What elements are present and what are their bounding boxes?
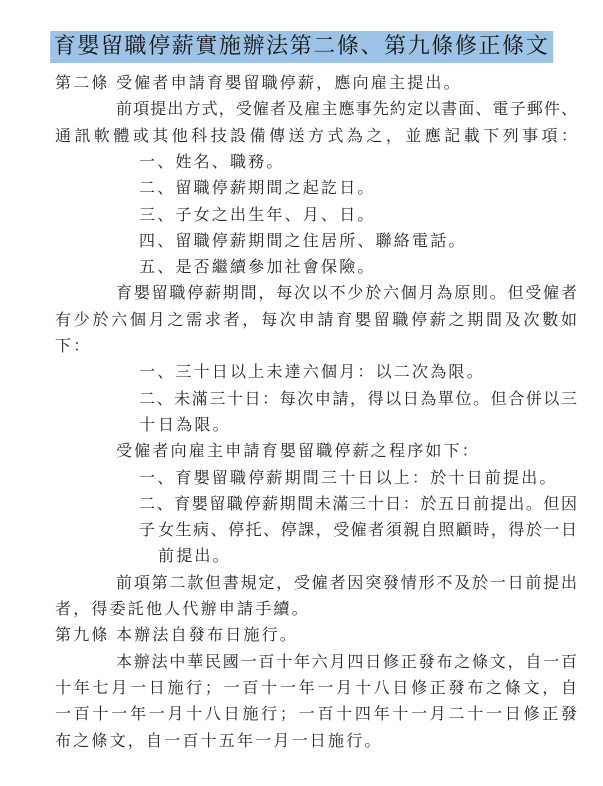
line-text: 二、留職停薪期間之起訖日。: [139, 178, 376, 197]
line-text: 四、留職停薪期間之住居所、聯絡電話。: [139, 231, 467, 250]
document-page: 育嬰留職停薪實施辦法第二條、第九條修正條文 第二條受僱者申請育嬰留職停薪，應向雇…: [0, 0, 603, 786]
line-text: 五、是否繼續參加社會保險。: [139, 257, 376, 276]
text-line: 二、育嬰留職停薪期間未滿三十日：於五日前提出。但因子: [139, 491, 578, 517]
text-line: 一、三十日以上未達六個月：以二次為限。: [139, 359, 578, 385]
line-text: 有少於六個月之需求者，每次申請育嬰留職停薪之期間及次數如: [55, 310, 578, 329]
line-text: 日為限。: [158, 415, 231, 434]
text-line: 二、未滿三十日：每次申請，得以日為單位。但合併以三十: [139, 386, 578, 412]
line-text: 一、三十日以上未達六個月：以二次為限。: [139, 362, 485, 381]
line-text: 本辦法自發布日施行。: [116, 625, 298, 644]
line-text: 女生病、停托、停課，受僱者須親自照顧時，得於一日: [158, 520, 578, 539]
line-text: 本辦法中華民國一百十年六月四日修正發布之條文，自一百: [116, 652, 578, 671]
text-line: 第九條本辦法自發布日施行。: [116, 622, 578, 648]
text-line: 者，得委託他人代辦申請手續。: [55, 596, 578, 622]
text-line: 日為限。: [158, 412, 578, 438]
line-text: 三、子女之出生年、月、日。: [139, 205, 376, 224]
text-line: 二、留職停薪期間之起訖日。: [139, 175, 578, 201]
line-text: 者，得委託他人代辦申請手續。: [55, 599, 310, 618]
line-text: 十年七月一日施行；一百十一年一月十八日修正發布之條文，自: [55, 678, 578, 697]
line-text: 通訊軟體或其他科技設備傳送方式為之，並應記載下列事項：: [55, 126, 578, 145]
line-text: 一、姓名、職務。: [139, 152, 285, 171]
text-line: 下：: [55, 333, 578, 359]
text-line: 十年七月一日施行；一百十一年一月十八日修正發布之條文，自: [55, 675, 578, 701]
text-line: 通訊軟體或其他科技設備傳送方式為之，並應記載下列事項：: [55, 123, 578, 149]
text-line: 三、子女之出生年、月、日。: [139, 202, 578, 228]
text-line: 前項提出方式，受僱者及雇主應事先約定以書面、電子郵件、: [116, 96, 578, 122]
article-number: 第九條: [55, 622, 110, 648]
line-text: 布之條文，自一百十五年一月一日施行。: [55, 731, 383, 750]
text-line: 有少於六個月之需求者，每次申請育嬰留職停薪之期間及次數如: [55, 307, 578, 333]
text-line: 育嬰留職停薪期間，每次以不少於六個月為原則。但受僱者: [116, 280, 578, 306]
line-text: 前項第二款但書規定，受僱者因突發情形不及於一日前提出: [116, 573, 578, 592]
text-line: 前項第二款但書規定，受僱者因突發情形不及於一日前提出: [116, 570, 578, 596]
line-text: 前提出。: [158, 546, 231, 565]
text-line: 布之條文，自一百十五年一月一日施行。: [55, 728, 578, 754]
text-line: 一、育嬰留職停薪期間三十日以上：於十日前提出。: [139, 465, 578, 491]
article-number: 第二條: [55, 70, 110, 96]
text-line: 第二條受僱者申請育嬰留職停薪，應向雇主提出。: [116, 70, 578, 96]
text-line: 四、留職停薪期間之住居所、聯絡電話。: [139, 228, 578, 254]
line-text: 一百十一年一月十八日施行；一百十四年十一月二十一日修正發: [55, 704, 578, 723]
line-text: 一、育嬰留職停薪期間三十日以上：於十日前提出。: [139, 468, 558, 487]
line-text: 前項提出方式，受僱者及雇主應事先約定以書面、電子郵件、: [116, 99, 578, 118]
text-line: 女生病、停托、停課，受僱者須親自照顧時，得於一日: [158, 517, 578, 543]
text-line: 一百十一年一月十八日施行；一百十四年十一月二十一日修正發: [55, 701, 578, 727]
text-line: 一、姓名、職務。: [139, 149, 578, 175]
text-line: 前提出。: [158, 543, 578, 569]
line-text: 受僱者向雇主申請育嬰留職停薪之程序如下：: [116, 441, 480, 460]
text-line: 受僱者向雇主申請育嬰留職停薪之程序如下：: [116, 438, 578, 464]
document-body: 第二條受僱者申請育嬰留職停薪，應向雇主提出。前項提出方式，受僱者及雇主應事先約定…: [0, 0, 603, 786]
text-line: 五、是否繼續參加社會保險。: [139, 254, 578, 280]
line-text: 育嬰留職停薪期間，每次以不少於六個月為原則。但受僱者: [116, 283, 578, 302]
line-text: 受僱者申請育嬰留職停薪，應向雇主提出。: [116, 73, 462, 92]
text-line: 本辦法中華民國一百十年六月四日修正發布之條文，自一百: [116, 649, 578, 675]
line-text: 下：: [55, 336, 91, 355]
